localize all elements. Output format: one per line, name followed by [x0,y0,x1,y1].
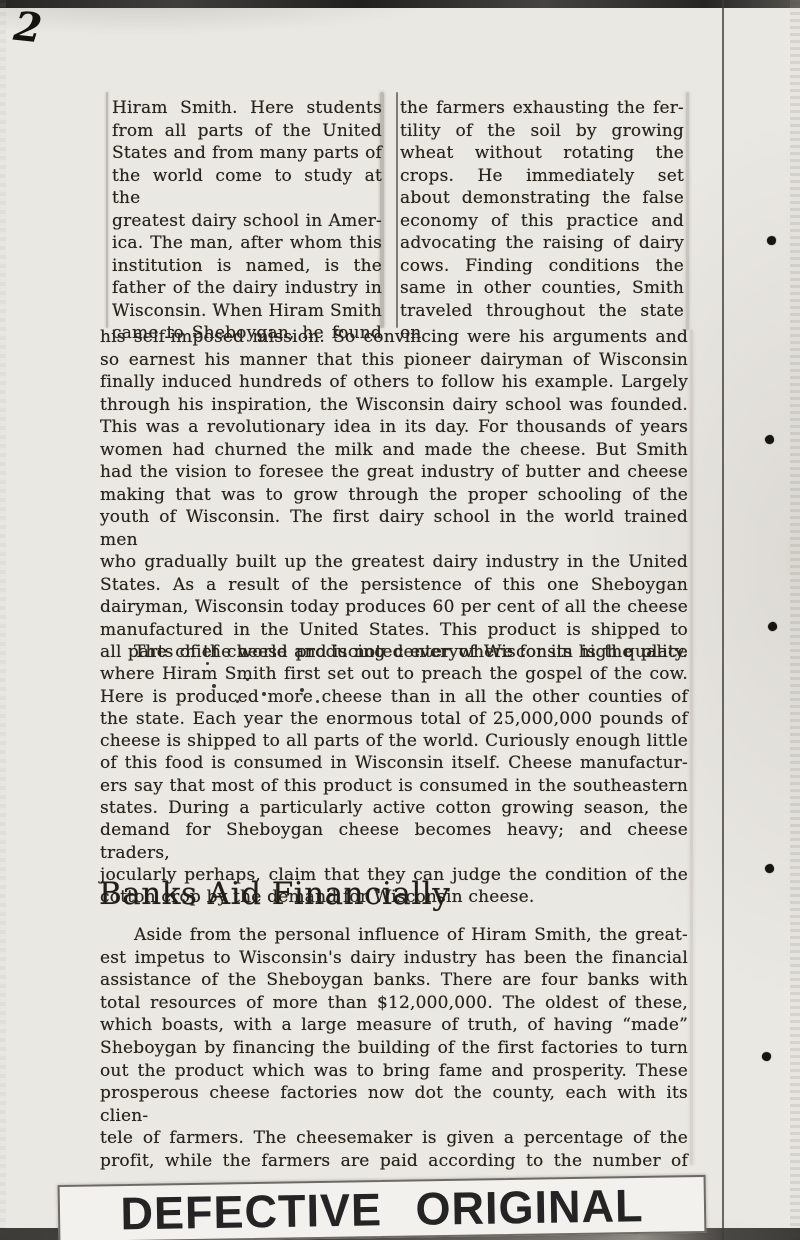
body-paragraph-1: his self-imposed mission. So convincing … [100,326,688,664]
clipping-seam-right [686,92,689,330]
ink-speckle [206,662,209,665]
ink-blot [765,435,774,444]
ink-blot [766,235,778,247]
scanned-document-page: 2 Hiram Smith. Here studentsfrom all par… [0,0,800,1240]
defective-original-stamp: DEFECTIVE ORIGINAL [58,1175,707,1240]
scan-artifact-vertical-line [722,0,724,1240]
ink-speckle [262,692,266,696]
ink-speckle [246,678,249,681]
ink-speckle [316,700,319,703]
scan-edge-top [0,0,800,8]
ink-speckle [300,688,304,692]
ink-blot [765,864,774,873]
clipping-right-column: the farmers exhausting the fer-tility of… [400,97,684,345]
scan-noise-left [0,0,6,1240]
clipping-left-column: Hiram Smith. Here studentsfrom all parts… [112,97,382,345]
section-heading: Banks Aid Financially [99,876,450,912]
scan-noise-right [790,0,800,1240]
ink-blot [760,1050,772,1062]
ink-speckle [236,700,239,703]
stamp-text: DEFECTIVE ORIGINAL [120,1182,644,1236]
ink-blot [767,621,778,632]
clipping-seam-body-right [690,330,693,1165]
body-paragraph-2: The chief cheese producing center of Wis… [100,641,688,909]
clipping-seam-left [106,92,108,328]
clipping-seam-middle-line [396,92,398,328]
ink-speckle [212,684,216,688]
handwritten-page-number: 2 [12,3,45,53]
section-paragraph: Aside from the personal influence of Hir… [100,924,688,1173]
